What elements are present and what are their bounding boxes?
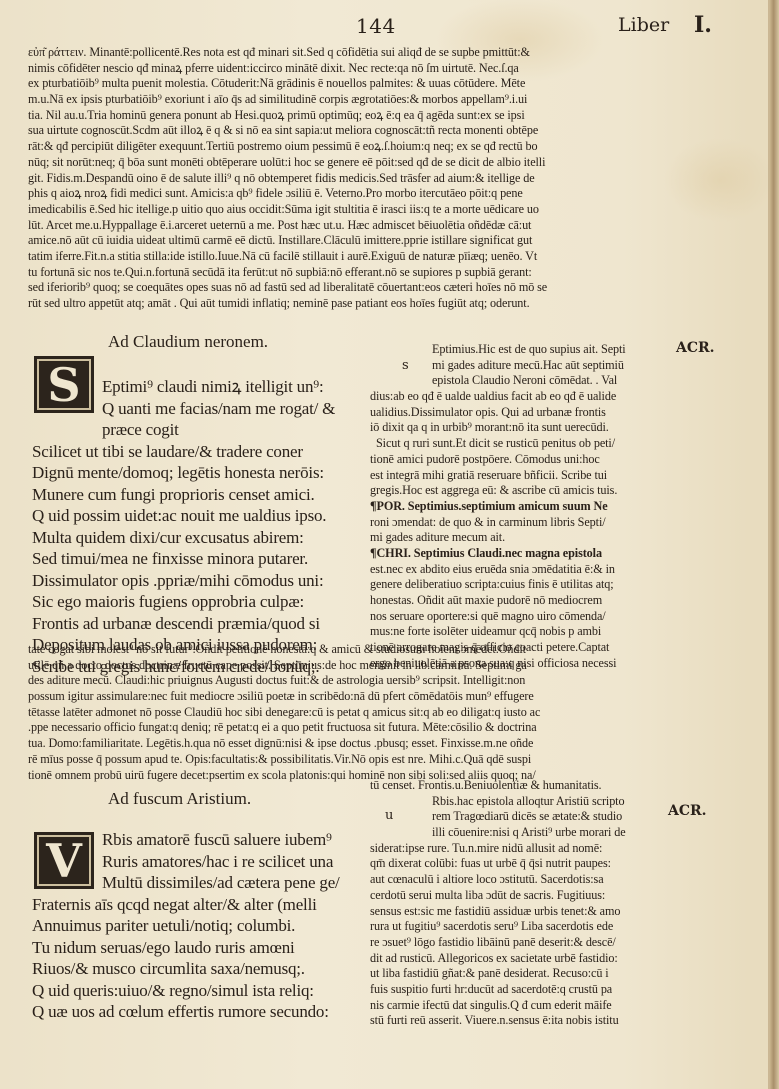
commentary-line: genere deliberatiuo scripta:cuius finis … xyxy=(370,577,682,593)
book-page: 144 Liber I. εὐπ͂ ράττειν. Minantē:polli… xyxy=(0,0,779,1089)
verse-line: Tu nidum seruas/ego laudo ruris amœni xyxy=(32,937,340,959)
commentary-line: tu fortunā sic nos te.Qui.n.fortunā secū… xyxy=(28,265,688,281)
commentary-line: stū furti reū asserit. Viuere.n.sensus ē… xyxy=(370,1013,682,1029)
verse-line: Multū dissimiles/ad cætera pene ge/ xyxy=(32,872,340,894)
verse-line: Frontis ad urbanæ descendi præmia/quod s… xyxy=(32,613,335,635)
commentary-line: siderat:ipse rure. Tu.n.mire nidū allusi… xyxy=(370,841,682,857)
commentary-line: qm̄ dixerat colūbi: fuas ut urbē q̄ q̄si… xyxy=(370,856,682,872)
commentary-line: ualidius.Dissimulator opis. Qui ad urban… xyxy=(370,405,682,421)
commentary-line: sed iferiorib⁹ quoq; se coequātes opes s… xyxy=(28,280,688,296)
poem-title: Ad Claudium neronem. xyxy=(108,332,268,352)
verse-line: Riuos/& musco circumlita saxa/nemusq;. xyxy=(32,958,340,980)
commentary-line: nis carmie ifectū dat singulis.Q đ cum e… xyxy=(370,998,682,1014)
commentary-line: nos seruare oportere:si quē magno uiro c… xyxy=(370,609,682,625)
commentary-line: tatim iferre.Fit.n.a stitia stilla:ide i… xyxy=(28,249,688,265)
commentary-line: Sicut q ruri sunt.Et dicit se rusticū pe… xyxy=(370,436,682,452)
commentary-line: cerdotū serui multa liba ɔdūt de sacris.… xyxy=(370,888,682,904)
poem1-commentary: Eptimius.Hic est de quo supius ait. Sept… xyxy=(370,342,682,671)
commentary-line: tia. Nil au.u.Tria hominū genera ponunt … xyxy=(28,108,688,124)
commentary-line: sua uirtute cognoscūt.Scdm aūt illoꝝ ē q… xyxy=(28,123,688,139)
verse-line: Sic ego maioris fugiens opprobria culpæ: xyxy=(32,591,335,613)
verse-line: Q uid possim uidet:ac nouit me ualdius i… xyxy=(32,505,335,527)
commentary-line: ¶CHRI. Septimius Claudi.nec magna episto… xyxy=(370,546,682,562)
verse-line: Q uid queris:uiuo/& regno/simul ista rel… xyxy=(32,980,340,1002)
verse-line: præce cogit xyxy=(32,419,335,441)
commentary-line: roni ɔmendat: de quo & in carminum libri… xyxy=(370,515,682,531)
verse-line: Q uanti me facias/nam me rogat/ & xyxy=(32,398,335,420)
commentary-line: rē mīus posse q̄ possum apud te. Opis:fa… xyxy=(28,752,688,768)
commentary-line: mi gades aditure mecū.Hac aūt septimiū xyxy=(370,358,682,374)
commentary-line: honestas. Oñdit aūt maxie pudorē nō medi… xyxy=(370,593,682,609)
commentary-line: fuis suspitio furti hr:ducūt ad sacerdot… xyxy=(370,982,682,998)
commentary-line: .ppe necessario officio fungat:q deniq; … xyxy=(28,720,688,736)
page-edge-shadow xyxy=(768,0,770,1089)
top-commentary: εὐπ͂ ράττειν. Minantē:pollicentē.Res not… xyxy=(28,45,688,312)
poem2-commentary: tū censet. Frontis.u.Beniuolentiæ & huma… xyxy=(370,778,682,1029)
verse-line: Dignū mente/domoq; legētis honesta nerōi… xyxy=(32,462,335,484)
commentary-line: re ɔsuet⁹ lōgo fastidio libāinū panē des… xyxy=(370,935,682,951)
commentary-line: utilē qñ a docto doctus doctrinæ fructū … xyxy=(28,658,688,674)
commentary-line: epistola Claudio Neroni cōmēdat. . Val xyxy=(370,373,682,389)
commentary-line: possum igitur assimulare:nec fuit medioc… xyxy=(28,689,688,705)
commentary-line: m.u.Nā ex ipsis pturbatiōib⁹ exoriunt i … xyxy=(28,92,688,108)
commentary-line: des aditure mecū. Claudi:hic priuignus A… xyxy=(28,673,688,689)
commentary-line: tua. Domo:familiaritate. Legētis.h.qua n… xyxy=(28,736,688,752)
book-number: I. xyxy=(694,12,712,38)
commentary-line: rūt sed ultro appetūt atq; amāt . Qui aū… xyxy=(28,296,688,312)
poem-title: Ad fuscum Aristium. xyxy=(108,789,251,809)
commentary-line: dit ad rusticū. Allegoricos ex sacietate… xyxy=(370,951,682,967)
verse-line: Ruris amatores/hac i re scilicet una xyxy=(32,851,340,873)
commentary-line: tate cogat sibi molest⁹ nō sit futur⁹.Oñ… xyxy=(28,642,688,658)
commentary-line: est integrā mihi gratiā reseruare bñfici… xyxy=(370,468,682,484)
verse-line: Rbis amatorē fuscū saluere iubem⁹ xyxy=(32,829,340,851)
commentary-line: phis q aioꝝ nroꝝ fidi medici sunt. Amici… xyxy=(28,186,688,202)
commentary-line: ex pturbatiōib⁹ multa puenit molestia. C… xyxy=(28,76,688,92)
verse-line: Q uæ uos ad cœlum effertis rumore secund… xyxy=(32,1001,340,1023)
poem-ad-claudium: Eptimi⁹ claudi nimiꝝ itelligit un⁹: Q ua… xyxy=(32,376,335,677)
commentary-line: lūt. Arcet me.u.Hyppallage ē.i.arceret u… xyxy=(28,218,688,234)
commentary-line: εὐπ͂ ράττειν. Minantē:pollicentē.Res not… xyxy=(28,45,688,61)
verse-line: Sed timui/mea ne finxisse minora putarer… xyxy=(32,548,335,570)
verse-line: Munere cum fungi proprioris censet amici… xyxy=(32,484,335,506)
commentary-line: nimis cōfidēter nescio qđ minaꝝ pferre u… xyxy=(28,61,688,77)
commentary-line: ¶POR. Septimius.septimium amicum suum Ne xyxy=(370,499,682,515)
verse-line: Multa quidem dixi/cur excusatus abirem: xyxy=(32,527,335,549)
commentary-line: mi gades aditure mecum ait. xyxy=(370,530,682,546)
verse-line: Scilicet ut tibi se laudare/& tradere co… xyxy=(32,441,335,463)
commentary-line: tionē amici pudorē postpōere. Cōmodus un… xyxy=(370,452,682,468)
verse-line: Dissimulator opis .ppriæ/mihi cōmodus un… xyxy=(32,570,335,592)
commentary-line: dius:ab eo qđ ē ualde ualdius facit ab e… xyxy=(370,389,682,405)
commentary-line: aut cœnaculū i altiore loco ɔstitutū. Sa… xyxy=(370,872,682,888)
commentary-line: tētasse latēter admonet nō posse Claudiū… xyxy=(28,705,688,721)
commentary-line: gregis.Hoc est aggrega eū: & ascribe cū … xyxy=(370,483,682,499)
verse-line: Annuimus pariter uetuli/notiq; columbi. xyxy=(32,915,340,937)
commentary-line: illi cōuenire:nisi q Aristi⁹ urbe morari… xyxy=(370,825,682,841)
page-number: 144 xyxy=(356,14,396,38)
commentary-line: ut liba fastidiū gñat:& panē desiderat. … xyxy=(370,966,682,982)
commentary-line: sensus est:sic me fastidiū assiduæ urbis… xyxy=(370,904,682,920)
commentary-line: est.nec ex abdito eius eruēda snia ɔmēda… xyxy=(370,562,682,578)
page-edge xyxy=(770,0,779,1089)
commentary-line: tū censet. Frontis.u.Beniuolentiæ & huma… xyxy=(370,778,682,794)
running-head: Liber xyxy=(618,14,669,36)
commentary-line: iō dixit qa q in urbib⁹ morant:nō ita su… xyxy=(370,420,682,436)
full-width-commentary: tate cogat sibi molest⁹ nō sit futur⁹.Oñ… xyxy=(28,642,688,783)
commentary-line: mus:ne forte isolēter uideamur qcq̄ nobi… xyxy=(370,624,682,640)
commentary-line: imedicabilis ē.Sed hic itellige.p uitio … xyxy=(28,202,688,218)
verse-line: Eptimi⁹ claudi nimiꝝ itelligit un⁹: xyxy=(32,376,335,398)
commentary-line: Rbis.hac epistola alloqtur Aristiū scrip… xyxy=(370,794,682,810)
commentary-line: git. Fidis.m.Despandū oino ē de salute i… xyxy=(28,171,688,187)
commentary-line: Eptimius.Hic est de quo supius ait. Sept… xyxy=(370,342,682,358)
verse-line: Fraternis aīs qcqd negat alter/& alter (… xyxy=(32,894,340,916)
commentary-line: rem Tragœdiarū dicēs se ætate:& studio xyxy=(370,809,682,825)
poem-ad-fuscum: Rbis amatorē fuscū saluere iubem⁹ Ruris … xyxy=(32,829,340,1023)
commentary-line: amice.nō aūt cū iuidia uideat ultimū car… xyxy=(28,233,688,249)
commentary-line: rāt:& qđ percipiūt diligēter exequunt.Te… xyxy=(28,139,688,155)
commentary-line: nūq; sit norūt:neq; q̄ bōa sunt monēti o… xyxy=(28,155,688,171)
commentary-line: rura ut fugitiu⁹ sacerdotis seru⁹ Liba s… xyxy=(370,919,682,935)
